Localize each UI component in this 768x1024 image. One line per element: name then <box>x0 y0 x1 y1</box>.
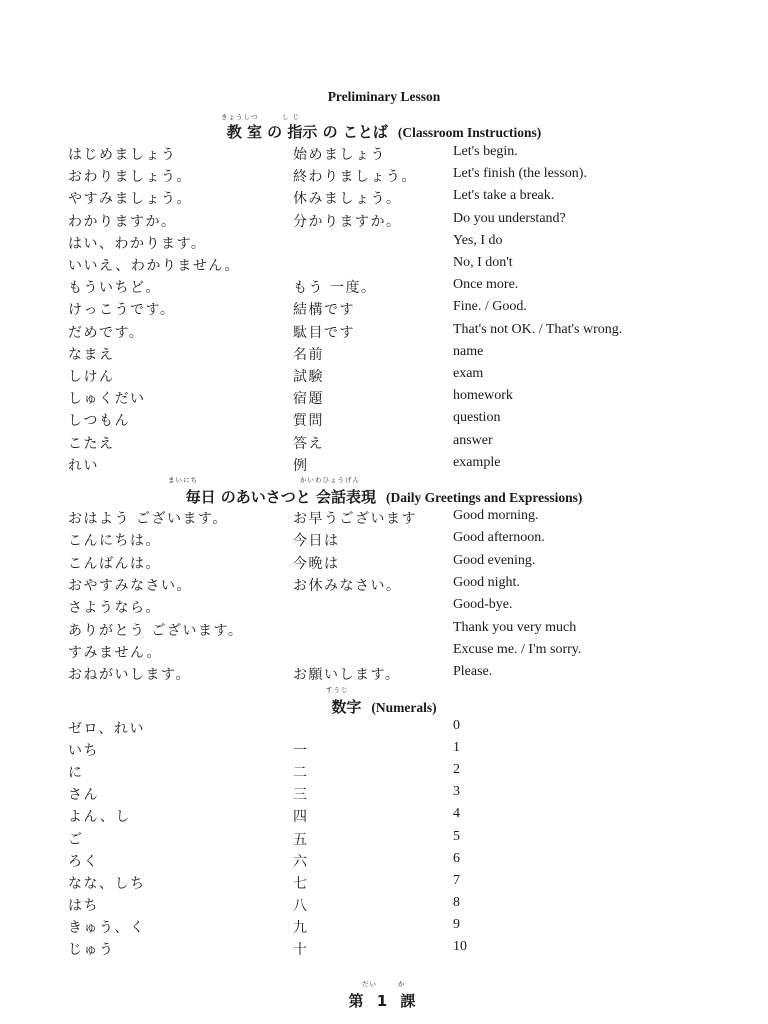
table-row: こんばんは。今晩はGood evening. <box>0 553 768 575</box>
section-heading: 教 室 の 指示 の ことば(Classroom Instructions) <box>0 121 768 142</box>
kanji-cell: 七 <box>293 873 309 893</box>
english-cell: Fine. / Good. <box>453 299 527 315</box>
english-cell: 8 <box>453 895 460 911</box>
table-row: しつもん質問question <box>0 410 768 432</box>
section-heading-jp: 数字 <box>331 698 361 716</box>
table-row: やすみましょう。休みましょう。Let's take a break. <box>0 188 768 210</box>
english-cell: 10 <box>453 939 467 955</box>
table-row: きゅう、く九9 <box>0 917 768 939</box>
lesson-number-heading: 第 1 課 <box>0 990 768 1011</box>
kanji-cell: 休みましょう。 <box>293 188 402 208</box>
kanji-cell: 九 <box>293 917 309 937</box>
table-row: よん、し四4 <box>0 806 768 828</box>
english-cell: Do you understand? <box>453 211 566 227</box>
english-cell: Let's begin. <box>453 144 518 160</box>
table-row: もういちど。もう 一度。Once more. <box>0 277 768 299</box>
table-row: だめです。駄目ですThat's not OK. / That's wrong. <box>0 322 768 344</box>
kanji-cell: 三 <box>293 784 309 804</box>
furigana: すうじ <box>326 685 349 694</box>
english-cell: Good evening. <box>453 553 535 569</box>
kanji-cell: 十 <box>293 939 309 959</box>
table-row: はじめましょう始めましょうLet's begin. <box>0 144 768 166</box>
table-row: はい、わかります。Yes, I do <box>0 233 768 255</box>
english-cell: Let's finish (the lesson). <box>453 166 587 182</box>
kana-cell: しけん <box>68 366 115 386</box>
kanji-cell: お早うございます <box>293 508 417 528</box>
kana-cell: ご <box>68 829 84 849</box>
kana-cell: に <box>68 762 84 782</box>
table-row: さん三3 <box>0 784 768 806</box>
kana-cell: さん <box>68 784 99 804</box>
kana-cell: はち <box>68 895 99 915</box>
kana-cell: おわりましょう。 <box>68 166 192 186</box>
kana-cell: はい、わかります。 <box>68 233 206 253</box>
english-cell: answer <box>453 433 493 449</box>
english-cell: 6 <box>453 851 460 867</box>
kana-cell: おねがいします。 <box>68 664 191 684</box>
table-row: いち一1 <box>0 740 768 762</box>
table-row: こんにちは。今日はGood afternoon. <box>0 530 768 552</box>
kana-cell: さようなら。 <box>68 597 161 617</box>
table-row: いいえ、わかりません。No, I don't <box>0 255 768 277</box>
kana-cell: じゅう <box>68 939 115 959</box>
section-heading-en: (Numerals) <box>371 700 436 715</box>
furigana: だい <box>362 979 377 988</box>
table-row: しけん試験exam <box>0 366 768 388</box>
kana-cell: わかりますか。 <box>68 211 177 231</box>
english-cell: Let's take a break. <box>453 188 554 204</box>
kanji-cell: 答え <box>293 433 324 453</box>
english-cell: 7 <box>453 873 460 889</box>
furigana: まいにち <box>168 475 198 484</box>
table-row: ご五5 <box>0 829 768 851</box>
table-row: ありがとう ございます。Thank you very much <box>0 620 768 642</box>
kanji-cell: 試験 <box>293 366 324 386</box>
kanji-cell: 今晩は <box>293 553 340 573</box>
table-row: しゅくだい宿題homework <box>0 388 768 410</box>
furigana: かいわひょうげん <box>300 475 360 484</box>
table-row: おわりましょう。終わりましょう。Let's finish (the lesson… <box>0 166 768 188</box>
kana-cell: しつもん <box>68 410 130 430</box>
table-row: れい例example <box>0 455 768 477</box>
english-cell: Once more. <box>453 277 518 293</box>
english-cell: Please. <box>453 664 492 680</box>
kanji-cell: 四 <box>293 806 309 826</box>
english-cell: 5 <box>453 829 460 845</box>
table-row: に二2 <box>0 762 768 784</box>
kanji-cell: お願いします。 <box>293 664 400 684</box>
kana-cell: なまえ <box>68 344 115 364</box>
kana-cell: よん、し <box>68 806 131 826</box>
english-cell: 2 <box>453 762 460 778</box>
section-heading-jp: 教 室 の 指示 の ことば <box>227 123 388 141</box>
kana-cell: ろく <box>68 851 99 871</box>
english-cell: Excuse me. / I'm sorry. <box>453 642 581 658</box>
kanji-cell: お休みなさい。 <box>293 575 402 595</box>
table-row: わかりますか。分かりますか。Do you understand? <box>0 211 768 233</box>
table-row: じゅう十10 <box>0 939 768 961</box>
table-row: こたえ答えanswer <box>0 433 768 455</box>
kana-cell: すみません。 <box>68 642 162 662</box>
kanji-cell: 分かりますか。 <box>293 211 402 231</box>
kana-cell: こたえ <box>68 433 115 453</box>
section-heading-jp: 毎日 のあいさつと 会話表現 <box>186 488 376 506</box>
kana-cell: はじめましょう <box>68 144 177 164</box>
kana-cell: おはよう ございます。 <box>68 508 228 528</box>
kana-cell: おやすみなさい。 <box>68 575 192 595</box>
english-cell: Good-bye. <box>453 597 513 613</box>
english-cell: 3 <box>453 784 460 800</box>
english-cell: example <box>453 455 500 471</box>
table-row: ろく六6 <box>0 851 768 873</box>
page-title: Preliminary Lesson <box>0 89 768 105</box>
table-row: けっこうです。結構ですFine. / Good. <box>0 299 768 321</box>
table-row: なな、しち七7 <box>0 873 768 895</box>
english-cell: Good morning. <box>453 508 539 524</box>
furigana: か <box>398 979 406 988</box>
kanji-cell: 質問 <box>293 410 324 430</box>
kana-cell: ありがとう ございます。 <box>68 620 243 640</box>
english-cell: homework <box>453 388 513 404</box>
kana-cell: れい <box>68 455 99 475</box>
table-row: なまえ名前name <box>0 344 768 366</box>
kana-cell: いいえ、わかりません。 <box>68 255 240 275</box>
english-cell: No, I don't <box>453 255 513 271</box>
kanji-cell: 五 <box>293 829 309 849</box>
kana-cell: こんにちは。 <box>68 530 161 550</box>
english-cell: 0 <box>453 718 460 734</box>
english-cell: 9 <box>453 917 460 933</box>
english-cell: Thank you very much <box>453 620 576 636</box>
english-cell: exam <box>453 366 483 382</box>
table-row: すみません。Excuse me. / I'm sorry. <box>0 642 768 664</box>
english-cell: Yes, I do <box>453 233 503 249</box>
kana-cell: ゼロ、れい <box>68 718 145 738</box>
table-row: ゼロ、れい0 <box>0 718 768 740</box>
section-heading-en: (Daily Greetings and Expressions) <box>386 490 582 505</box>
table-row: さようなら。Good-bye. <box>0 597 768 619</box>
kanji-cell: 二 <box>293 762 309 782</box>
kanji-cell: 例 <box>293 455 309 475</box>
kana-cell: やすみましょう。 <box>68 188 192 208</box>
kana-cell: だめです。 <box>68 322 144 342</box>
table-row: おねがいします。お願いします。Please. <box>0 664 768 686</box>
kana-cell: しゅくだい <box>68 388 146 408</box>
kanji-cell: 八 <box>293 895 309 915</box>
table-row: はち八8 <box>0 895 768 917</box>
english-cell: That's not OK. / That's wrong. <box>453 322 622 338</box>
section-heading: 毎日 のあいさつと 会話表現(Daily Greetings and Expre… <box>0 486 768 507</box>
kanji-cell: もう 一度。 <box>293 277 376 297</box>
english-cell: 1 <box>453 740 460 756</box>
kanji-cell: 宿題 <box>293 388 324 408</box>
section-heading-en: (Classroom Instructions) <box>398 125 541 140</box>
kana-cell: けっこうです。 <box>68 299 175 319</box>
kana-cell: いち <box>68 740 99 760</box>
kanji-cell: 終わりましょう。 <box>293 166 417 186</box>
english-cell: Good afternoon. <box>453 530 545 546</box>
kanji-cell: 今日は <box>293 530 340 550</box>
english-cell: Good night. <box>453 575 520 591</box>
furigana: し じ <box>282 112 300 121</box>
kana-cell: なな、しち <box>68 873 146 893</box>
table-row: おはよう ございます。お早うございますGood morning. <box>0 508 768 530</box>
english-cell: name <box>453 344 483 360</box>
table-row: おやすみなさい。お休みなさい。Good night. <box>0 575 768 597</box>
section-heading: 数字(Numerals) <box>0 696 768 717</box>
kana-cell: こんばんは。 <box>68 553 161 573</box>
kana-cell: もういちど。 <box>68 277 161 297</box>
kanji-cell: 始めましょう <box>293 144 386 164</box>
kanji-cell: 六 <box>293 851 309 871</box>
furigana: きょうしつ <box>221 112 259 121</box>
kanji-cell: 駄目です <box>293 322 355 342</box>
english-cell: 4 <box>453 806 460 822</box>
kanji-cell: 名前 <box>293 344 324 364</box>
kanji-cell: 一 <box>293 740 309 760</box>
kanji-cell: 結構です <box>293 299 355 319</box>
kana-cell: きゅう、く <box>68 917 146 937</box>
english-cell: question <box>453 410 500 426</box>
